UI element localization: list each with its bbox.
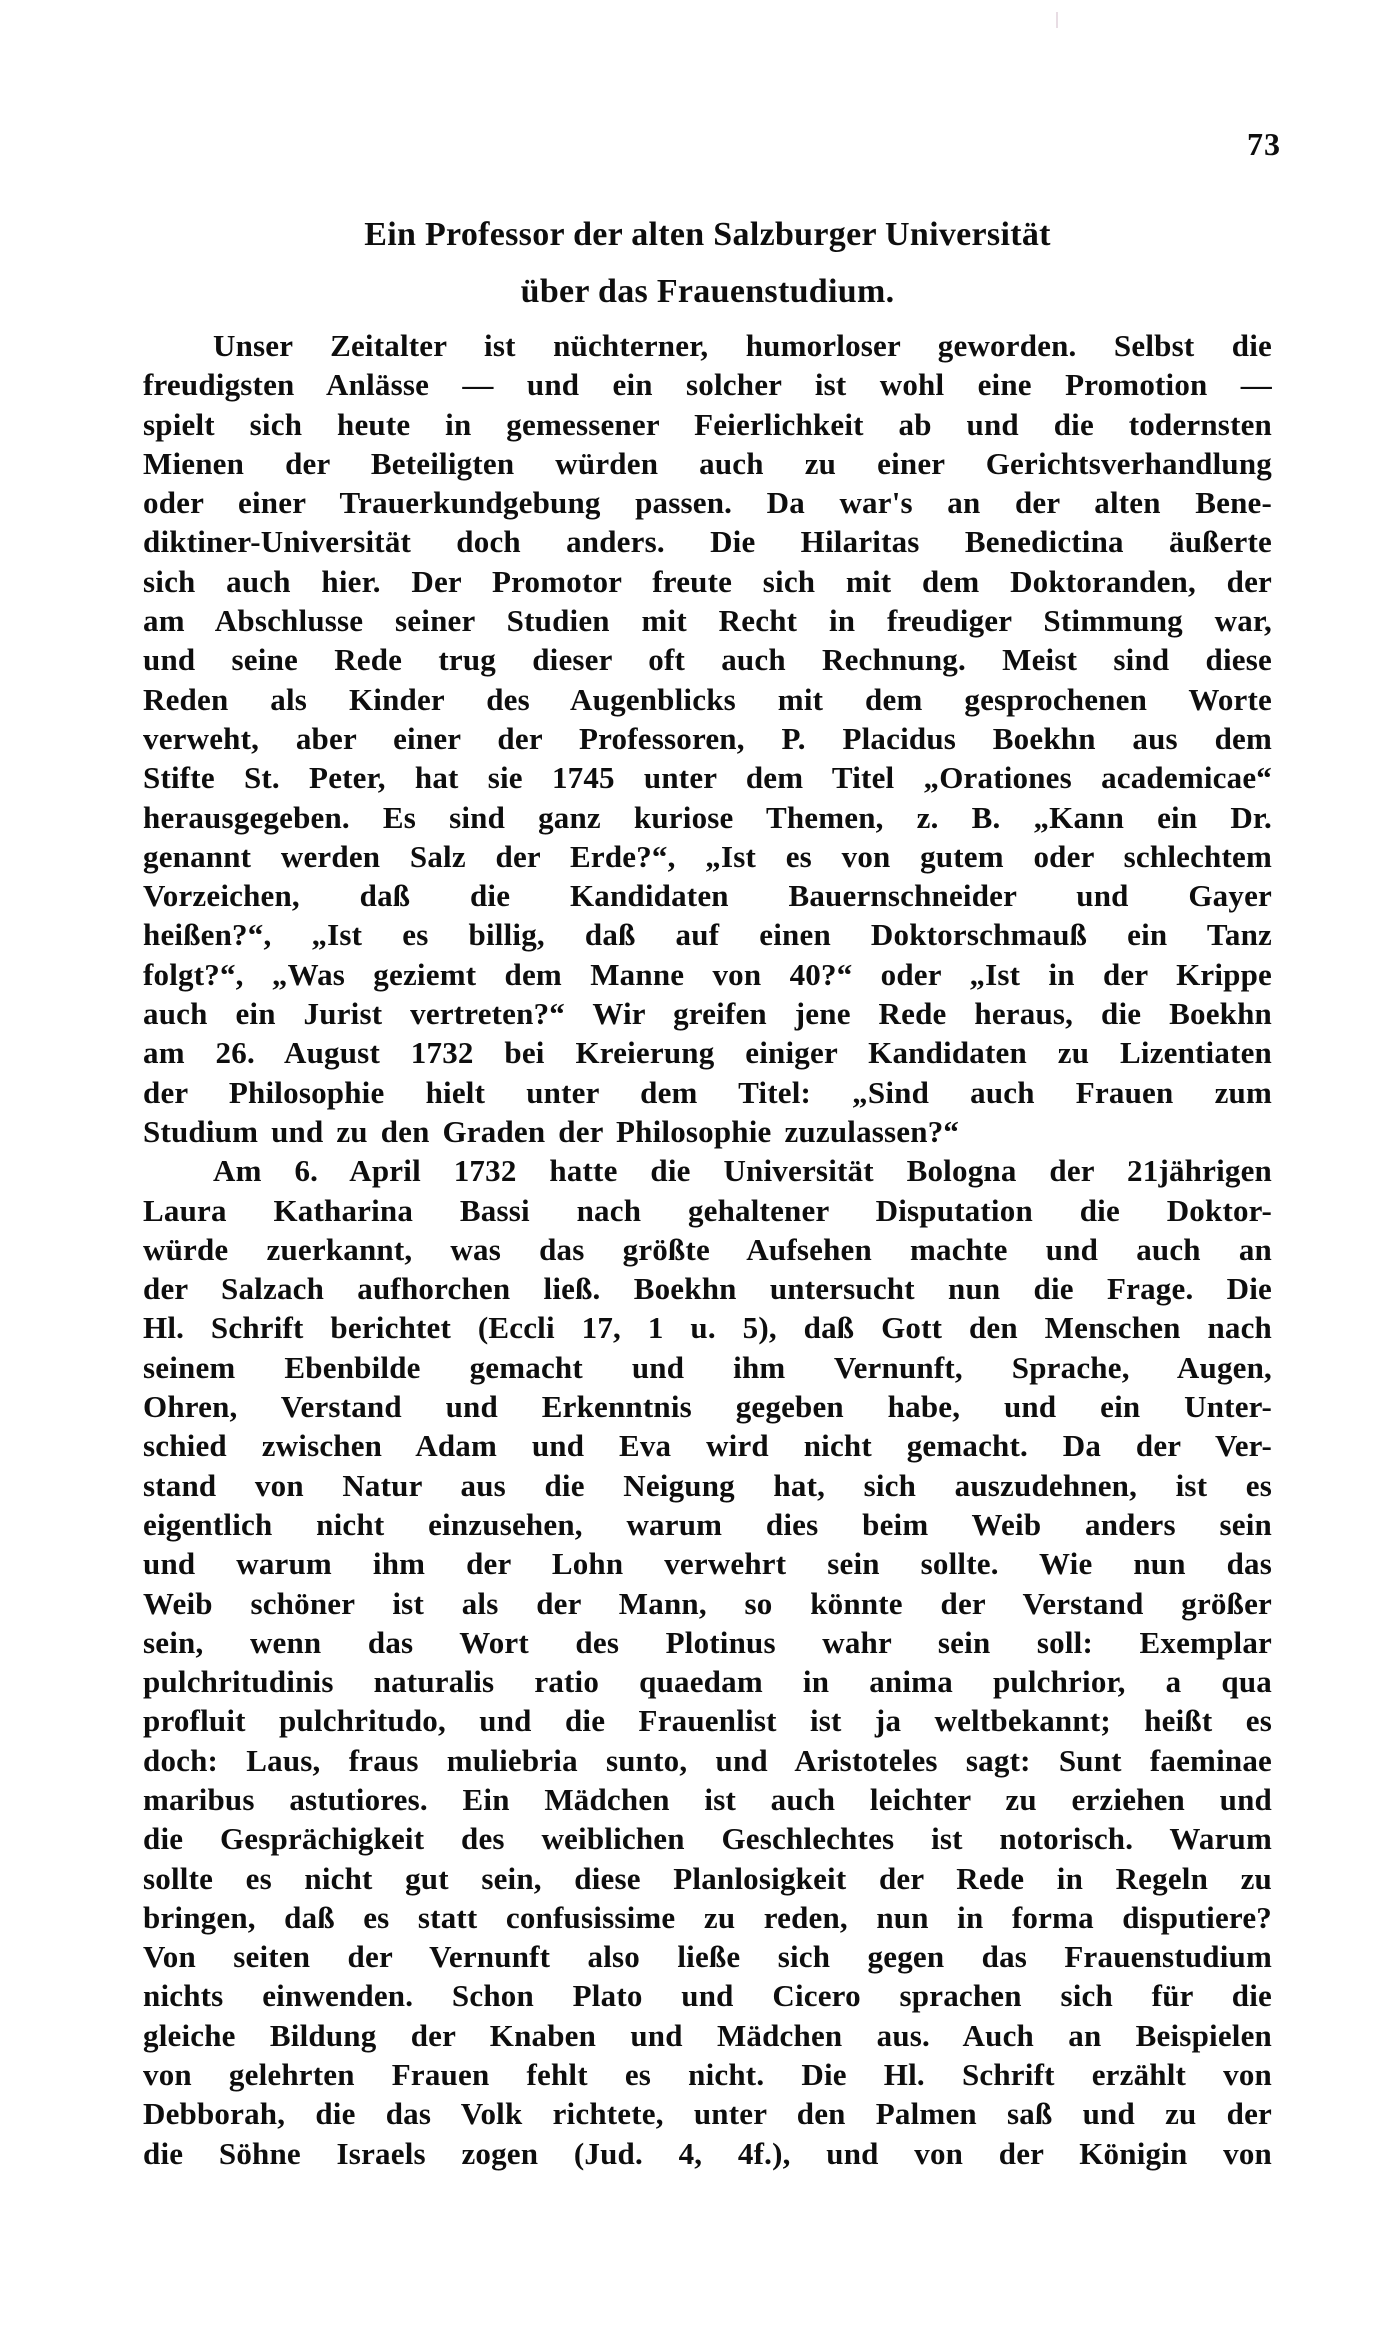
text-line: schied zwischen Adam und Eva wird nicht … [143, 1426, 1272, 1465]
article-body: Unser Zeitalter ist nüchterner, humorlos… [143, 326, 1272, 2173]
text-line: Laura Katharina Bassi nach gehaltener Di… [143, 1191, 1272, 1230]
text-line: freudigsten Anlässe — und ein solcher is… [143, 365, 1272, 404]
text-line: Studium und zu den Graden der Philosophi… [143, 1112, 1272, 1151]
document-page: 73 Ein Professor der alten Salzburger Un… [0, 0, 1391, 2352]
text-line: bringen, daß es statt confusissime zu re… [143, 1898, 1272, 1937]
article-title: Ein Professor der alten Salzburger Unive… [143, 206, 1272, 320]
text-line: der Philosophie hielt unter dem Titel: „… [143, 1073, 1272, 1112]
text-line: nichts einwenden. Schon Plato und Cicero… [143, 1976, 1272, 2015]
article-title-line-1: Ein Professor der alten Salzburger Unive… [143, 206, 1272, 263]
text-line: sein, wenn das Wort des Plotinus wahr se… [143, 1623, 1272, 1662]
text-line: folgt?“, „Was geziemt dem Manne von 40?“… [143, 955, 1272, 994]
text-line: oder einer Trauerkundgebung passen. Da w… [143, 483, 1272, 522]
text-line: diktiner-Universität doch anders. Die Hi… [143, 522, 1272, 561]
text-line: Von seiten der Vernunft also ließe sich … [143, 1937, 1272, 1976]
text-line: eigentlich nicht einzusehen, warum dies … [143, 1505, 1272, 1544]
text-line: die Gesprächigkeit des weiblichen Geschl… [143, 1819, 1272, 1858]
text-line: am Abschlusse seiner Studien mit Recht i… [143, 601, 1272, 640]
text-line: pulchritudinis naturalis ratio quaedam i… [143, 1662, 1272, 1701]
text-line: gleiche Bildung der Knaben und Mädchen a… [143, 2016, 1272, 2055]
text-line: Reden als Kinder des Augenblicks mit dem… [143, 680, 1272, 719]
text-line: auch ein Jurist vertreten?“ Wir greifen … [143, 994, 1272, 1033]
text-line: Weib schöner ist als der Mann, so könnte… [143, 1584, 1272, 1623]
text-line: Unser Zeitalter ist nüchterner, humorlos… [143, 326, 1272, 365]
text-line: stand von Natur aus die Neigung hat, sic… [143, 1466, 1272, 1505]
text-line: Am 6. April 1732 hatte die Universität B… [143, 1151, 1272, 1190]
text-line: Mienen der Beteiligten würden auch zu ei… [143, 444, 1272, 483]
text-line: Debborah, die das Volk richtete, unter d… [143, 2094, 1272, 2133]
text-line: seinem Ebenbilde gemacht und ihm Vernunf… [143, 1348, 1272, 1387]
text-line: würde zuerkannt, was das größte Aufsehen… [143, 1230, 1272, 1269]
text-line: profluit pulchritudo, und die Frauenlist… [143, 1701, 1272, 1740]
text-line: spielt sich heute in gemessener Feierlic… [143, 405, 1272, 444]
text-line: und seine Rede trug dieser oft auch Rech… [143, 640, 1272, 679]
text-line: am 26. August 1732 bei Kreierung einiger… [143, 1033, 1272, 1072]
text-line: sich auch hier. Der Promotor freute sich… [143, 562, 1272, 601]
text-line: Stifte St. Peter, hat sie 1745 unter dem… [143, 758, 1272, 797]
text-line: Hl. Schrift berichtet (Eccli 17, 1 u. 5)… [143, 1308, 1272, 1347]
text-line: maribus astutiores. Ein Mädchen ist auch… [143, 1780, 1272, 1819]
text-line: doch: Laus, fraus muliebria sunto, und A… [143, 1741, 1272, 1780]
article-title-line-2: über das Frauenstudium. [143, 263, 1272, 320]
text-line: heißen?“, „Ist es billig, daß auf einen … [143, 915, 1272, 954]
text-line: der Salzach aufhorchen ließ. Boekhn unte… [143, 1269, 1272, 1308]
text-line: herausgegeben. Es sind ganz kuriose Them… [143, 798, 1272, 837]
page-number: 73 [143, 126, 1281, 163]
text-line: genannt werden Salz der Erde?“, „Ist es … [143, 837, 1272, 876]
text-line: von gelehrten Frauen fehlt es nicht. Die… [143, 2055, 1272, 2094]
text-line: die Söhne Israels zogen (Jud. 4, 4f.), u… [143, 2134, 1272, 2173]
text-line: verweht, aber einer der Professoren, P. … [143, 719, 1272, 758]
text-line: und warum ihm der Lohn verwehrt sein sol… [143, 1544, 1272, 1583]
text-line: Ohren, Verstand und Erkenntnis gegeben h… [143, 1387, 1272, 1426]
scan-artifact [1056, 12, 1058, 28]
text-line: Vorzeichen, daß die Kandidaten Bauernsch… [143, 876, 1272, 915]
text-line: sollte es nicht gut sein, diese Planlosi… [143, 1859, 1272, 1898]
